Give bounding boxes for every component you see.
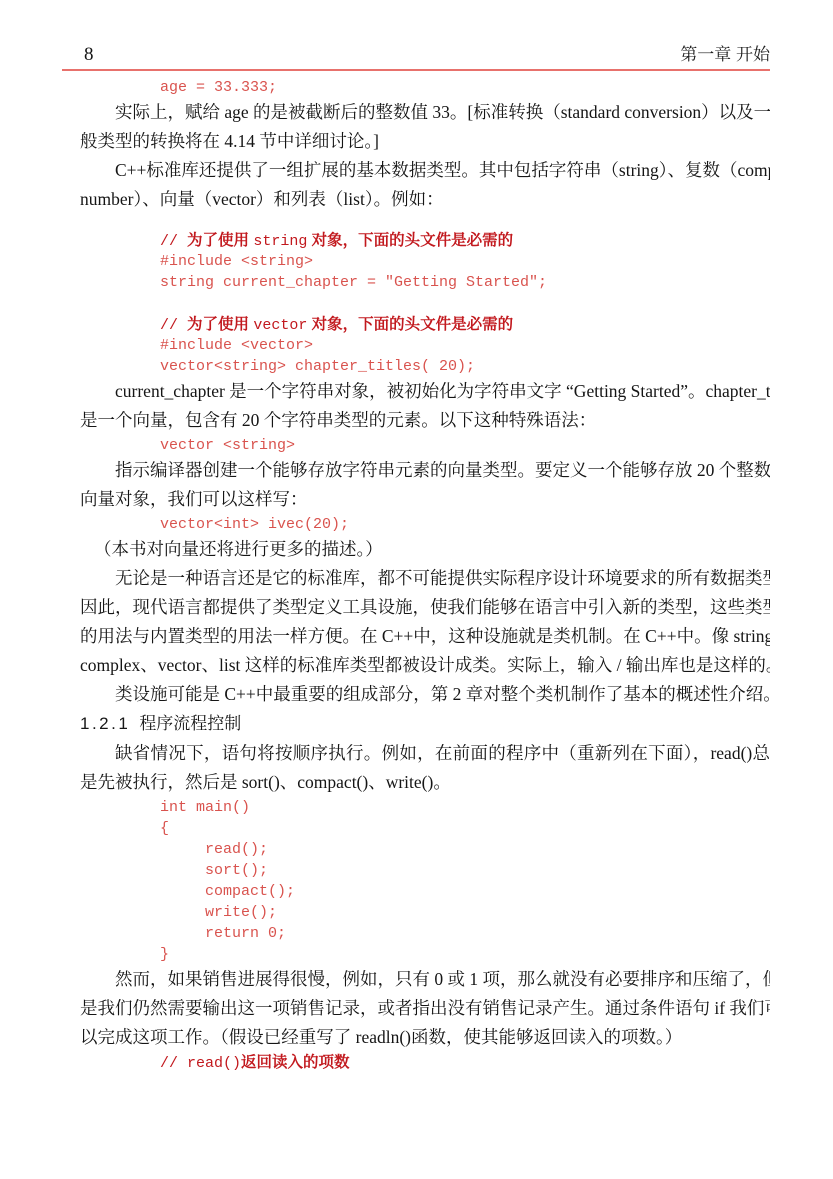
paragraph-line: 是先被执行，然后是 sort()、compact()、write()。 — [80, 768, 770, 797]
comment-text: 为了使用 — [187, 316, 253, 333]
code-comment-string: // 为了使用 string 对象，下面的头文件是必需的 — [80, 230, 770, 251]
chapter-header: 第一章 开始 — [680, 44, 770, 66]
code-include-vector: #include <vector> — [80, 335, 770, 356]
comment-text: 为了使用 — [187, 232, 253, 249]
comment-text: 对象，下面的头文件是必需的 — [307, 232, 513, 249]
paragraph-line: 以完成这项工作。（假设已经重写了 readln()函数，使其能够返回读入的项数。… — [80, 1023, 770, 1052]
code-read-call: read(); — [80, 839, 770, 860]
code-comment-read-returns: // read()返回读入的项数 — [80, 1052, 770, 1073]
code-vector-decl: vector<string> chapter_titles( 20); — [80, 356, 770, 377]
paragraph-line: 般类型的转换将在 4.14 节中详细讨论。] — [80, 127, 770, 156]
comment-keyword: vector — [253, 317, 307, 334]
paragraph-line: 是一个向量，包含有 20 个字符串类型的元素。以下这种特殊语法： — [80, 406, 770, 435]
code-blank-line — [80, 293, 770, 314]
comment-slash: // — [160, 317, 187, 334]
code-sort-call: sort(); — [80, 860, 770, 881]
comment-keyword: read() — [187, 1055, 241, 1072]
section-heading: 1.2.1程序流程控制 — [80, 709, 770, 739]
paragraph-line: 指示编译器创建一个能够存放字符串元素的向量类型。要定义一个能够存放 20 个整数… — [80, 456, 770, 485]
code-comment-vector: // 为了使用 vector 对象，下面的头文件是必需的 — [80, 314, 770, 335]
paragraph-line: 缺省情况下，语句将按顺序执行。例如，在前面的程序中（重新列在下面），read()… — [80, 739, 770, 768]
code-age-assignment: age = 33.333; — [80, 77, 770, 98]
code-compact-call: compact(); — [80, 881, 770, 902]
comment-text: 对象，下面的头文件是必需的 — [307, 316, 513, 333]
paragraph-line: （本书对向量还将进行更多的描述。） — [80, 535, 770, 564]
paragraph-line: 是我们仍然需要输出这一项销售记录，或者指出没有销售记录产生。通过条件语句 if … — [80, 994, 770, 1023]
book-page: 8 第一章 开始 age = 33.333; 实际上，赋给 age 的是被截断后… — [0, 0, 833, 1179]
paragraph-line: 然而，如果销售进展得很慢，例如，只有 0 或 1 项，那么就没有必要排序和压缩了… — [80, 965, 770, 994]
comment-text: 返回读入的项数 — [241, 1054, 350, 1071]
paragraph-line: 因此，现代语言都提供了类型定义工具设施，使我们能够在语言中引入新的类型，这些类型 — [80, 593, 770, 622]
paragraph-line: complex、vector、list 这样的标准库类型都被设计成类。实际上，输… — [80, 651, 770, 680]
code-block-main: int main() { read(); sort(); compact(); … — [80, 797, 770, 965]
code-string-decl: string current_chapter = "Getting Starte… — [80, 272, 770, 293]
paragraph-line: current_chapter 是一个字符串对象，被初始化为字符串文字 “Get… — [80, 377, 770, 406]
header-rule — [62, 69, 770, 71]
code-main-signature: int main() — [80, 797, 770, 818]
code-return-statement: return 0; — [80, 923, 770, 944]
paragraph-line: C++标准库还提供了一组扩展的基本数据类型。其中包括字符串（string）、复数… — [80, 156, 770, 185]
paragraph-line: 无论是一种语言还是它的标准库，都不可能提供实际程序设计环境要求的所有数据类型， — [80, 564, 770, 593]
section-number: 1.2.1 — [80, 714, 130, 733]
comment-slash: // — [160, 233, 187, 250]
comment-keyword: string — [253, 233, 307, 250]
comment-slash: // — [160, 1055, 187, 1072]
code-open-brace: { — [80, 818, 770, 839]
paragraph-line: 实际上，赋给 age 的是被截断后的整数值 33。[标准转换（standard … — [80, 98, 770, 127]
paragraph-line: 的用法与内置类型的用法一样方便。在 C++中，这种设施就是类机制。在 C++中。… — [80, 622, 770, 651]
code-block-includes: // 为了使用 string 对象，下面的头文件是必需的 #include <s… — [80, 230, 770, 377]
paragraph-line: 向量对象，我们可以这样写： — [80, 485, 770, 514]
code-vector-string: vector <string> — [80, 435, 770, 456]
section-title: 程序流程控制 — [139, 714, 241, 733]
code-include-string: #include <string> — [80, 251, 770, 272]
code-write-call: write(); — [80, 902, 770, 923]
page-number: 8 — [62, 44, 94, 66]
page-header: 8 第一章 开始 — [62, 44, 770, 66]
page-content: age = 33.333; 实际上，赋给 age 的是被截断后的整数值 33。[… — [80, 77, 770, 1073]
paragraph-line: number）、向量（vector）和列表（list）。例如： — [80, 185, 770, 214]
code-ivec: vector<int> ivec(20); — [80, 514, 770, 535]
paragraph-line: 类设施可能是 C++中最重要的组成部分，第 2 章对整个类机制作了基本的概述性介… — [80, 680, 770, 709]
code-close-brace: } — [80, 944, 770, 965]
